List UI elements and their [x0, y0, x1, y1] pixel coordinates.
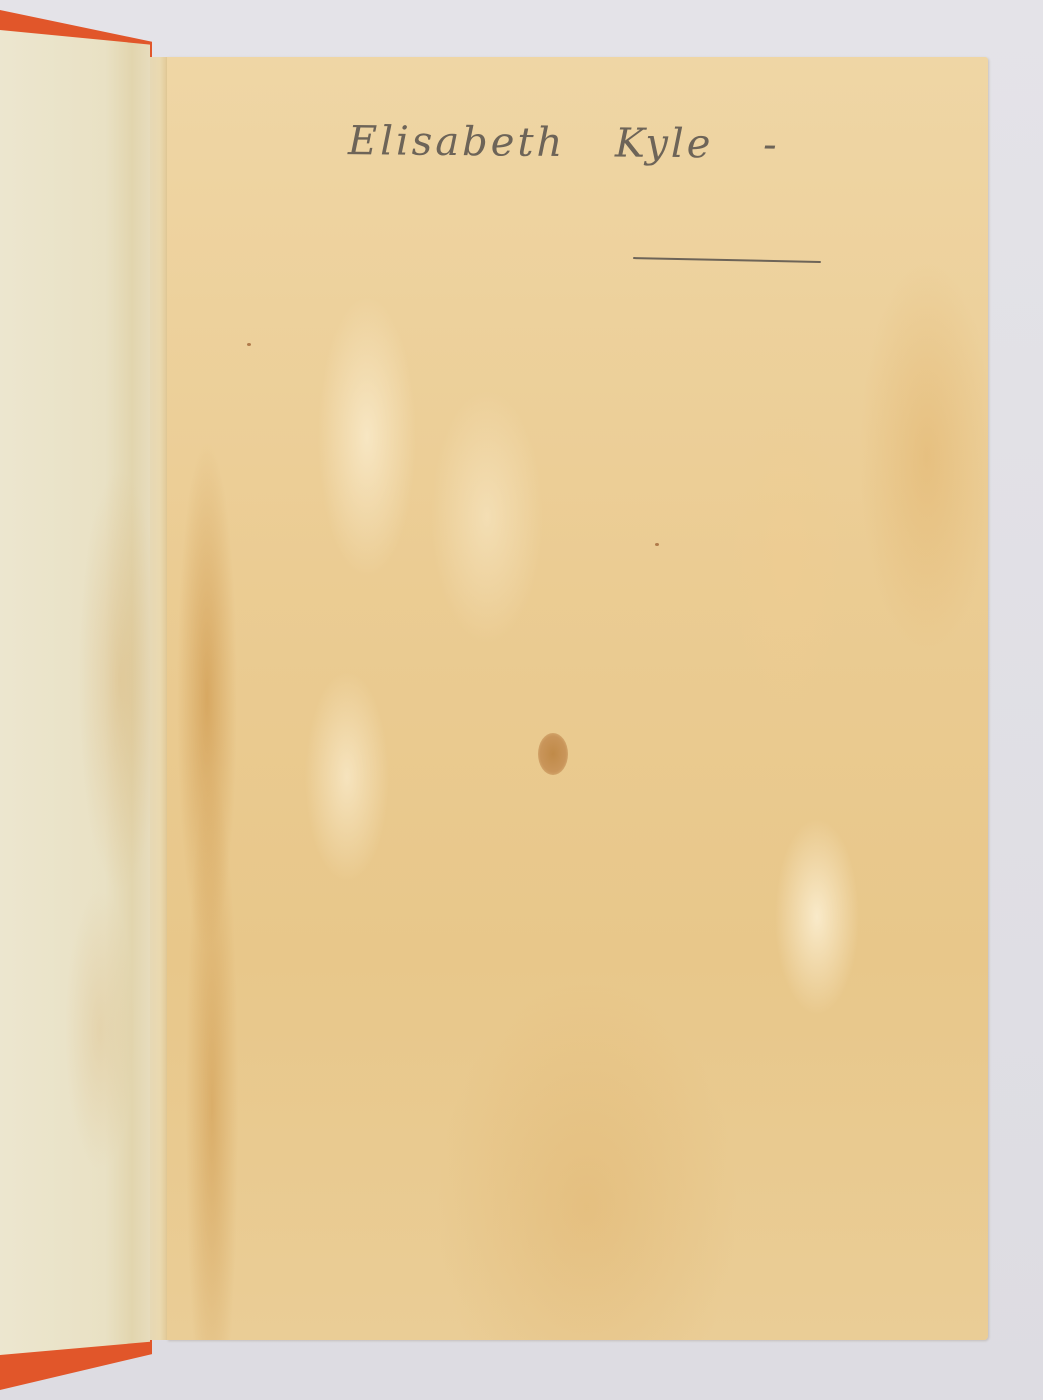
- right-page: [167, 57, 988, 1340]
- handwritten-signature: Elisabeth Kyle -: [348, 118, 780, 168]
- foxing-fleck: [655, 543, 659, 546]
- foxing-fleck: [247, 343, 251, 346]
- left-endpaper: [0, 30, 150, 1355]
- stain-spot: [538, 733, 568, 775]
- photo-background: Elisabeth Kyle -: [0, 0, 1043, 1400]
